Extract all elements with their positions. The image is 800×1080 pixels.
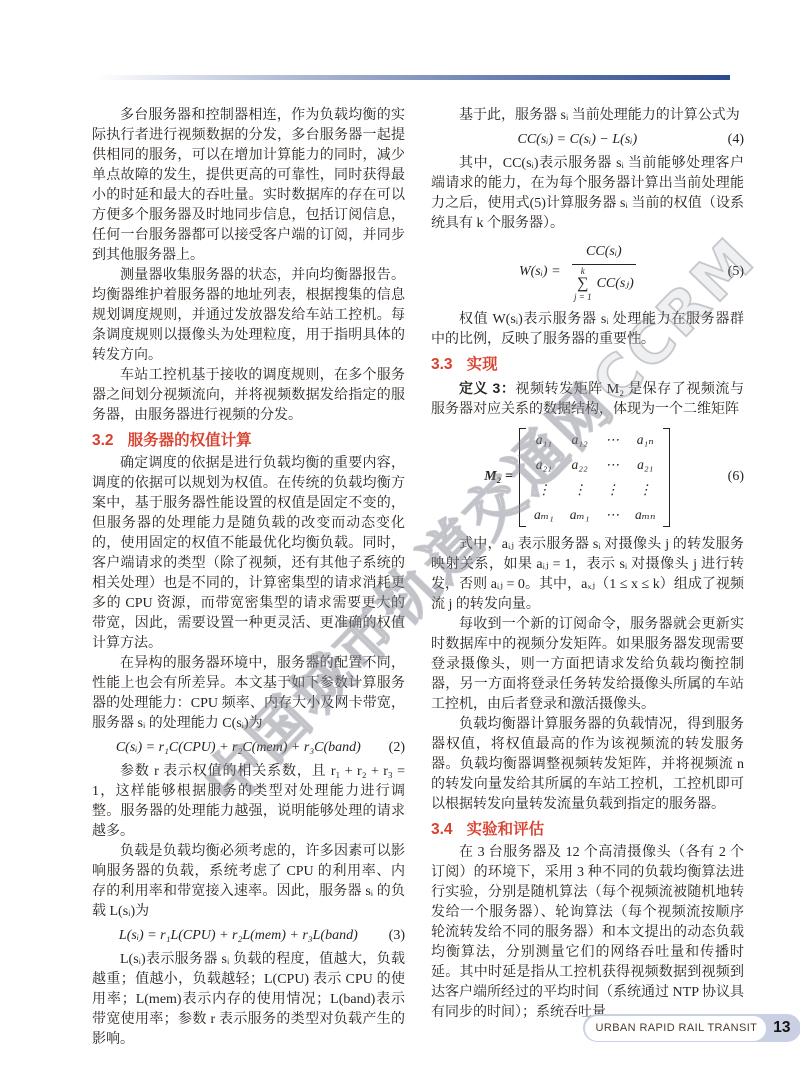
matrix-cell: ⋮ [635,482,656,498]
paragraph: L(sᵢ)表示服务器 sᵢ 负载的程度，值越大，负载越重；值越小，负载越轻；L(… [92,950,405,1050]
summation-lower-limit: j = 1 [574,293,592,302]
matrix-cell: aₘ₁ [570,507,590,523]
matrix-cell: a₁ₙ [635,432,656,448]
equation-body: W(sᵢ) = CC(sᵢ) k ∑ j = 1 CC(sⱼ) [431,242,724,302]
matrix-cell: ⋮ [534,482,554,498]
left-column: 多台服务器和控制器相连，作为负载均衡的实际执行者进行视频数据的分发，多台服务器一… [92,106,405,1050]
matrix-cell: a₂₂ [570,457,590,473]
section-heading-3-4: 3.4实验和评估 [431,821,744,839]
paragraph: 负载均衡器计算服务器的负载情况，得到服务器权值，将权值最高的作为该视频流的转发服… [431,715,744,815]
section-number: 3.4 [431,821,453,838]
equation-body: CC(sᵢ) = C(sᵢ) − L(sᵢ) [431,130,724,150]
equation-2: C(sᵢ) = r₁C(CPU) + r₂C(mem) + r₃C(band) … [92,738,405,758]
matrix-lhs: M₂ = [484,467,513,487]
matrix-cell: ⋯ [605,507,619,523]
paragraph: 测量器收集服务器的状态，并向均衡器报告。均衡器维护着服务器的地址列表，根据搜集的… [92,266,405,366]
matrix-cell: ⋮ [570,482,590,498]
matrix-cell: aₘₙ [635,507,656,523]
paragraph: 车站工控机基于接收的调度规则，在多个服务器之间划分视频流向，并将视频数据发给指定… [92,366,405,426]
paragraph: 每收到一个新的订阅命令，服务器就会更新实时数据库中的视频分发矩阵。如果服务器发现… [431,615,744,715]
section-number: 3.2 [92,432,114,449]
equation-number: (2) [385,738,405,758]
equation-6: M₂ = a₁₁ a₁₂ ⋯ a₁ₙ a₂₁ a₂₂ ⋯ a₂₁ ⋮ ⋮ ⋮ [431,428,744,527]
matrix-cell: a₂₁ [534,457,554,473]
section-number: 3.3 [431,356,453,373]
page-content: 多台服务器和控制器相连，作为负载均衡的实际执行者进行视频数据的分发，多台服务器一… [92,106,744,1050]
paragraph: 在 3 台服务器及 12 个高清摄像头（各有 2 个订阅）的环境下，采用 3 种… [431,843,744,1023]
section-title: 实现 [467,356,498,373]
paragraph: 权值 W(sᵢ)表示服务器 sᵢ 处理能力在服务器群中的比例，反映了服务器的重要… [431,310,744,350]
paragraph: 参数 r 表示权值的相关系数，且 r₁ + r₂ + r₃ = 1，这样能够根据… [92,762,405,842]
matrix-cell: ⋯ [605,457,619,473]
equation-number: (4) [724,130,744,150]
paragraph: 确定调度的依据是进行负载均衡的重要内容，调度的依据可以规划为权值。在传统的负载均… [92,454,405,654]
matrix: M₂ = a₁₁ a₁₂ ⋯ a₁ₙ a₂₁ a₂₂ ⋯ a₂₁ ⋮ ⋮ ⋮ [484,428,670,527]
page-number: 13 [766,1019,800,1037]
matrix-cell: ⋮ [605,482,619,498]
section-title: 服务器的权值计算 [128,432,252,449]
matrix-right-bracket [663,428,670,527]
definition-label: 定义 3： [459,380,515,396]
equation-3: L(sᵢ) = r₁L(CPU) + r₂L(mem) + r₃L(band) … [92,926,405,946]
journal-name: URBAN RAPID RAIL TRANSIT [596,1022,758,1034]
equation-number: (6) [724,467,744,487]
denominator-term: CC(sⱼ) [597,274,634,294]
matrix-cell: a₁₁ [534,432,554,448]
equation-body: M₂ = a₁₁ a₁₂ ⋯ a₁ₙ a₂₁ a₂₂ ⋯ a₂₁ ⋮ ⋮ ⋮ [431,428,724,527]
header-rule [96,75,730,80]
journal-name-pill: URBAN RAPID RAIL TRANSIT [585,1016,767,1041]
footer-badge: URBAN RAPID RAIL TRANSIT 13 [583,1014,800,1042]
paragraph: 在异构的服务器环境中，服务器的配置不同，性能上也会有所差异。本文基于如下参数计算… [92,654,405,734]
matrix-cell: a₂₁ [635,457,656,473]
section-heading-3-3: 3.3实现 [431,356,744,374]
equation-body: L(sᵢ) = r₁L(CPU) + r₂L(mem) + r₃L(band) [92,926,385,946]
matrix-cell: ⋯ [605,432,619,448]
equation-4: CC(sᵢ) = C(sᵢ) − L(sᵢ) (4) [431,130,744,150]
equation-body: C(sᵢ) = r₁C(CPU) + r₂C(mem) + r₃C(band) [92,738,385,758]
paragraph-definition: 定义 3：视频转发矩阵 M₂ 是保存了视频流与服务器对应关系的数据结构，体现为一… [431,378,744,420]
fraction-denominator: k ∑ j = 1 CC(sⱼ) [574,265,634,302]
paragraph: 基于此，服务器 sᵢ 当前处理能力的计算公式为 [431,106,744,126]
paragraph: 其中，CC(sᵢ)表示服务器 sᵢ 当前能够处理客户端请求的能力，在为每个服务器… [431,154,744,234]
summation-sigma: ∑ [577,276,588,293]
section-heading-3-2: 3.2服务器的权值计算 [92,432,405,450]
fraction: CC(sᵢ) k ∑ j = 1 CC(sⱼ) [572,242,636,302]
matrix-cell: a₁₂ [570,432,590,448]
equation-5: W(sᵢ) = CC(sᵢ) k ∑ j = 1 CC(sⱼ) (5) [431,242,744,302]
paragraph: 负载是负载均衡必须考虑的，许多因素可以影响服务器的负载，系统考虑了 CPU 的利… [92,842,405,922]
paragraph: 式中，aᵢⱼ 表示服务器 sᵢ 对摄像头 j 的转发服务映射关系，如果 aᵢⱼ … [431,535,744,615]
right-column: 基于此，服务器 sᵢ 当前处理能力的计算公式为 CC(sᵢ) = C(sᵢ) −… [431,106,744,1050]
equation-lhs: W(sᵢ) = [519,264,561,279]
section-title: 实验和评估 [467,821,545,838]
paragraph: 多台服务器和控制器相连，作为负载均衡的实际执行者进行视频数据的分发，多台服务器一… [92,106,405,266]
matrix-cells: a₁₁ a₁₂ ⋯ a₁ₙ a₂₁ a₂₂ ⋯ a₂₁ ⋮ ⋮ ⋮ ⋮ aₘ₁ … [526,428,663,527]
equation-number: (5) [724,262,744,282]
matrix-left-bracket [519,428,526,527]
summation: k ∑ j = 1 [574,267,592,302]
fraction-numerator: CC(sᵢ) [572,242,636,265]
equation-number: (3) [385,926,405,946]
matrix-cell: aₘ₁ [534,507,554,523]
